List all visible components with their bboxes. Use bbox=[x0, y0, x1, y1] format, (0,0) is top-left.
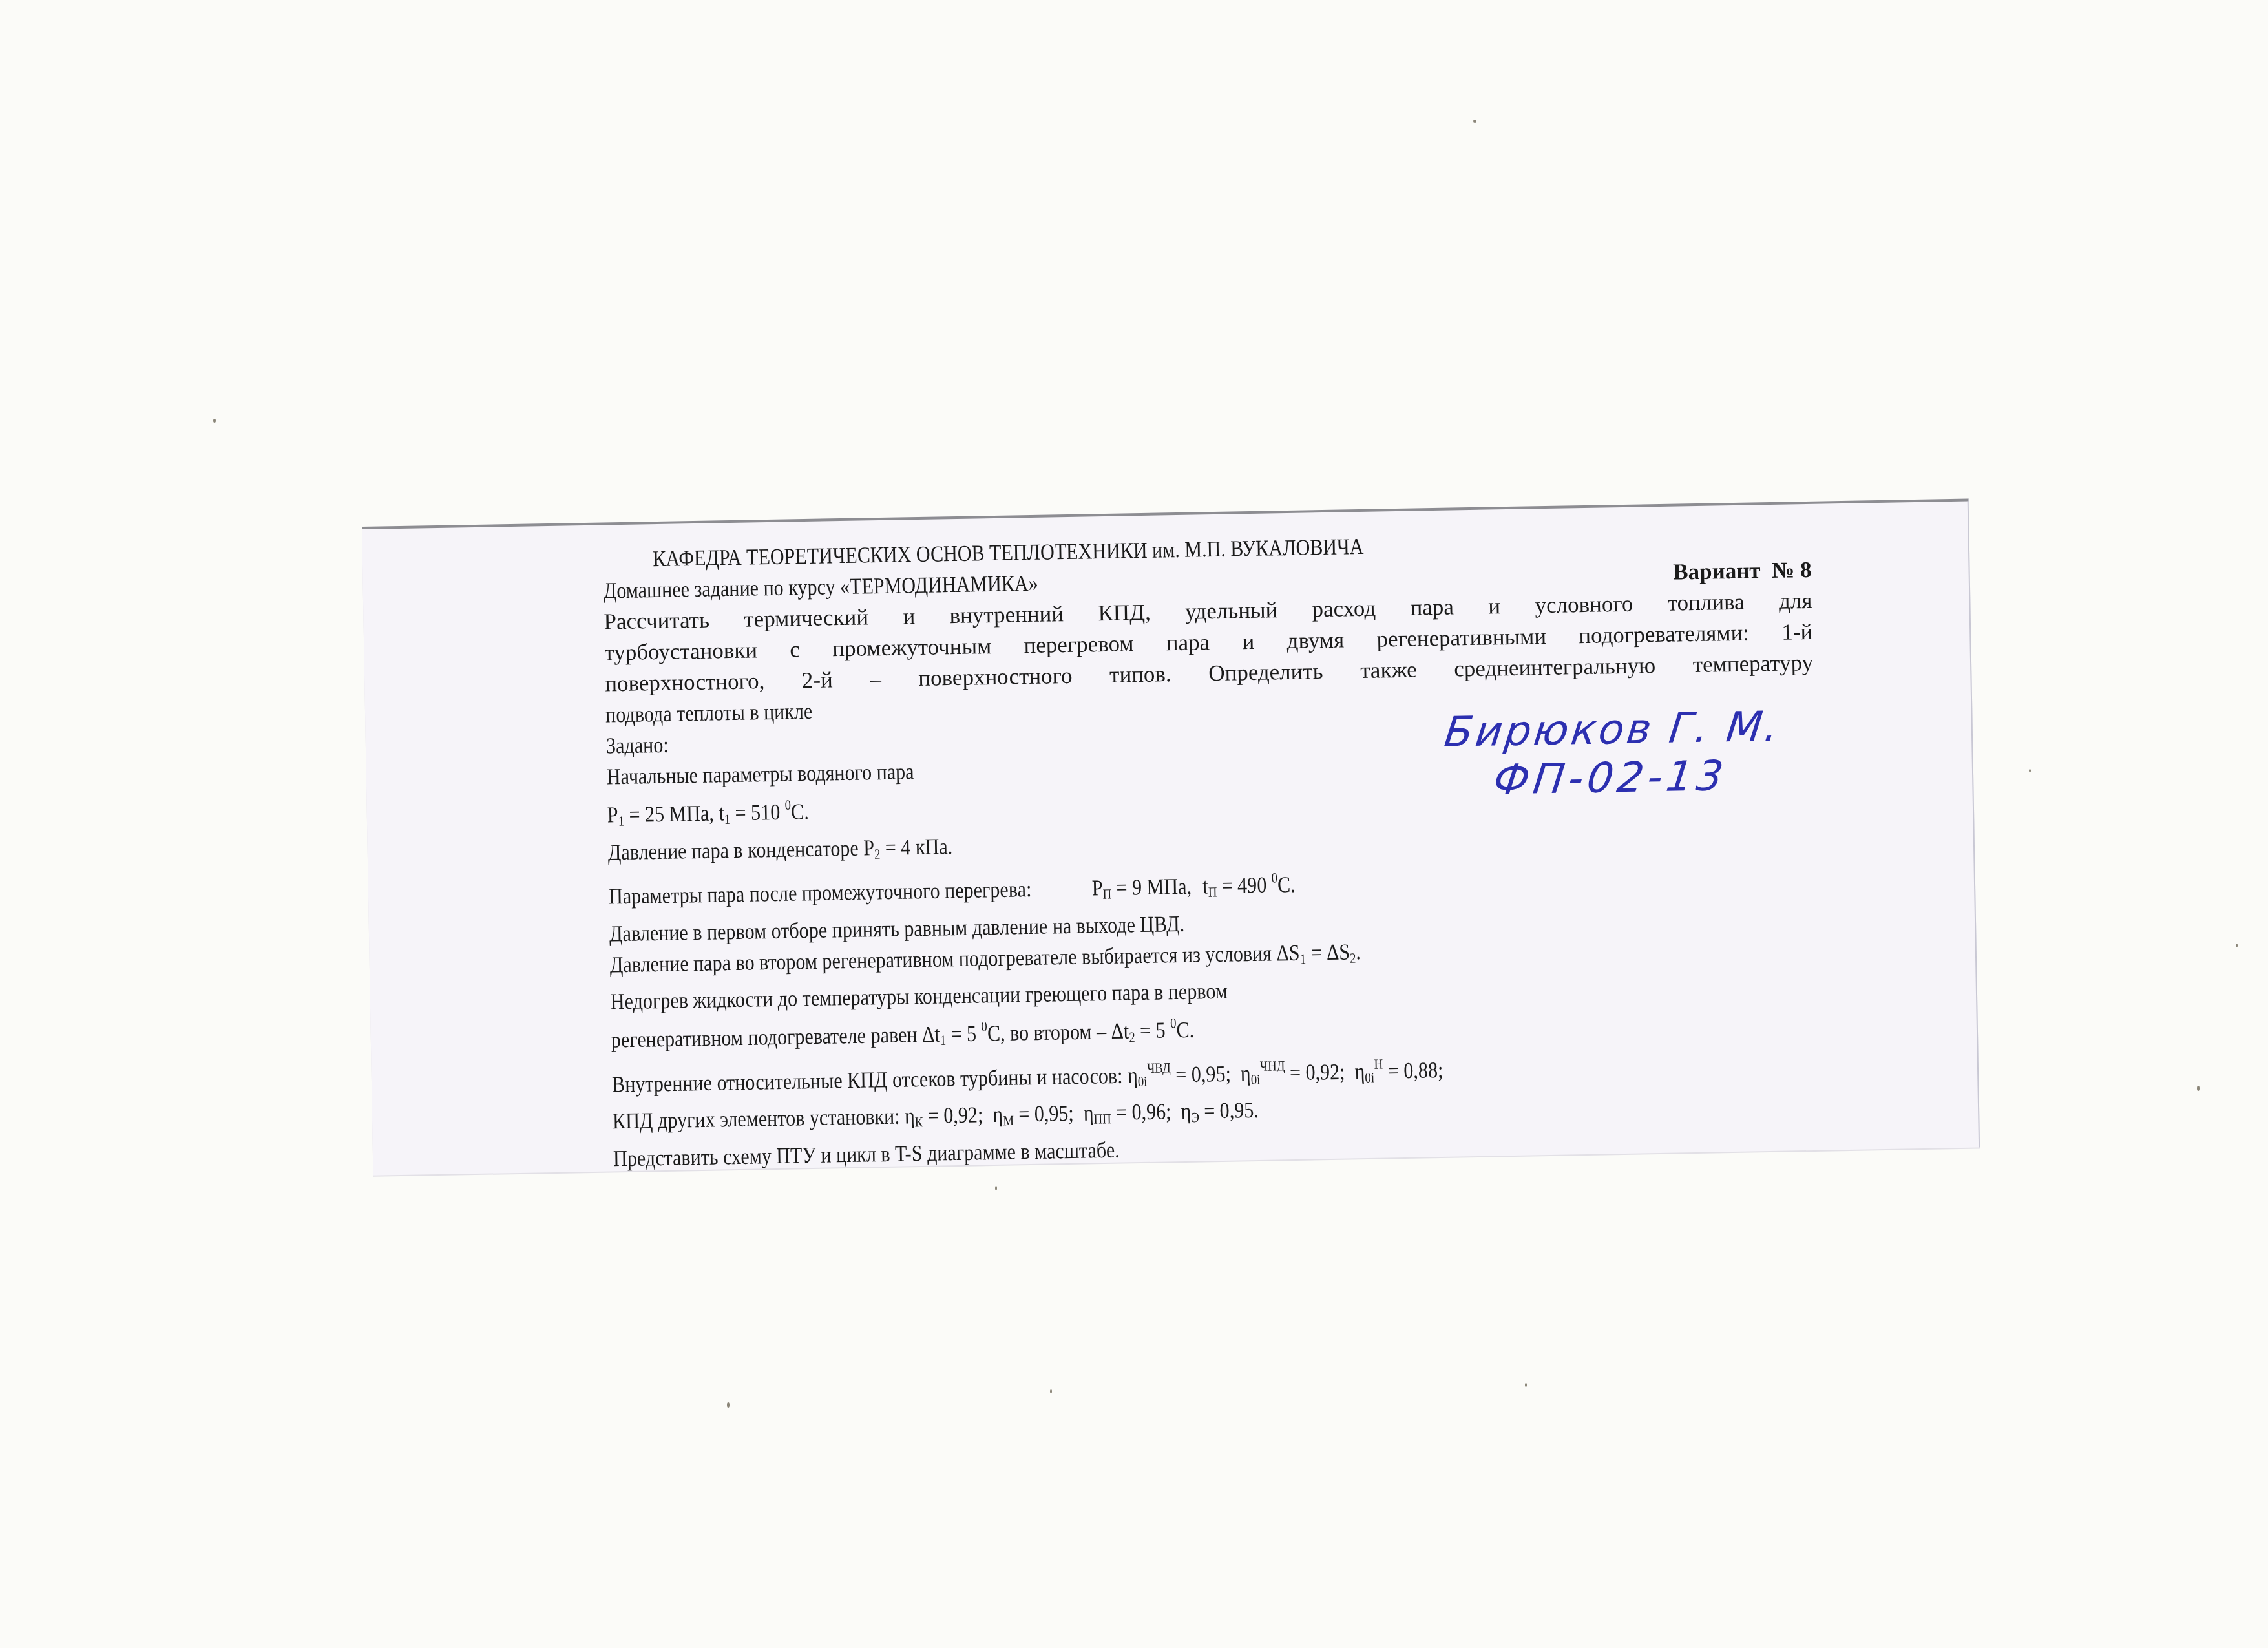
variant-number: № 8 bbox=[1772, 557, 1812, 583]
hp-sup: ЧВД bbox=[1147, 1060, 1171, 1076]
scan-speck bbox=[2029, 769, 2031, 772]
p2-value: = 4 кПа. bbox=[880, 834, 953, 860]
scan-speck bbox=[2197, 1086, 2200, 1091]
scan-speck bbox=[1525, 1383, 1527, 1387]
t1-value: = 510 bbox=[730, 799, 785, 825]
underheat-text: регенеративном подогревателе равен bbox=[611, 1022, 923, 1052]
handwritten-group: ФП-02-13 bbox=[1491, 752, 1730, 804]
scan-speck bbox=[213, 419, 216, 423]
assignment-text: КАФЕДРА ТЕОРЕТИЧЕСКИХ ОСНОВ ТЕПЛОТЕХНИКИ… bbox=[603, 523, 1822, 1174]
delta-s2: = ΔS bbox=[1306, 939, 1350, 965]
s1-sub: 1 bbox=[1300, 951, 1307, 967]
eta-sub: 0i bbox=[1251, 1072, 1261, 1087]
scan-speck bbox=[1473, 120, 1476, 123]
lp-sup: ЧНД bbox=[1260, 1058, 1285, 1074]
degree-mark: 0 bbox=[784, 797, 791, 812]
variant-word: Вариант bbox=[1673, 558, 1761, 584]
dt2-value: = 5 bbox=[1135, 1018, 1170, 1044]
other-eff-text: КПД других элементов установки: bbox=[613, 1104, 905, 1134]
dt2-unit: C. bbox=[1176, 1017, 1194, 1042]
internal-eff-text: Внутренние относительные КПД отсеков тур… bbox=[612, 1062, 1128, 1097]
scan-speck bbox=[1050, 1389, 1052, 1393]
handwritten-name: Бирюков Г. М. bbox=[1442, 703, 1783, 757]
dt1-symbol: Δt bbox=[922, 1022, 940, 1047]
p2-symbol: P bbox=[863, 835, 874, 860]
e-value: = 0,95. bbox=[1199, 1097, 1259, 1124]
condenser-text: Давление пара в конденсаторе bbox=[608, 835, 864, 865]
scan-speck bbox=[727, 1402, 730, 1408]
m-sub: М bbox=[1003, 1113, 1014, 1128]
tp-symbol: t bbox=[1202, 873, 1208, 898]
scan-speck bbox=[2236, 944, 2238, 947]
tp-sub: П bbox=[1208, 885, 1217, 900]
p1-value: = 25 МПа, bbox=[624, 801, 719, 828]
s2-sub: 2 bbox=[1350, 950, 1356, 966]
k-sub: К bbox=[915, 1115, 923, 1130]
dt2-symbol: Δt bbox=[1111, 1019, 1129, 1044]
k-value: = 0,92; bbox=[923, 1103, 983, 1129]
reheat-text: Параметры пара после промежуточного пере… bbox=[609, 876, 1032, 909]
delta-s1: ΔS bbox=[1276, 940, 1300, 966]
t1-unit: C. bbox=[791, 799, 809, 824]
pp-sub: П bbox=[1103, 886, 1112, 902]
lp-value: = 0,92; bbox=[1285, 1059, 1345, 1085]
eta-lp: η bbox=[1241, 1061, 1251, 1086]
eta-e: η bbox=[1181, 1099, 1191, 1124]
eta-sub: 0i bbox=[1138, 1073, 1148, 1089]
eta-sub: 0i bbox=[1365, 1070, 1374, 1085]
eta-pump: η bbox=[1354, 1059, 1365, 1084]
degree-mark: 0 bbox=[981, 1019, 987, 1034]
eta-pp: η bbox=[1083, 1101, 1093, 1126]
dt1-unit: C, во втором – bbox=[987, 1019, 1111, 1046]
tp-unit: C. bbox=[1277, 872, 1296, 897]
pp-eff-sub: ПП bbox=[1094, 1112, 1111, 1127]
hp-value: = 0,95; bbox=[1170, 1061, 1231, 1088]
p2-sub: 2 bbox=[874, 846, 881, 861]
eta-hp: η bbox=[1128, 1062, 1138, 1088]
eta-m: η bbox=[992, 1102, 1003, 1127]
scan-speck bbox=[995, 1186, 997, 1190]
pump-sup: Н bbox=[1374, 1056, 1383, 1072]
pp-value: = 9 МПа, bbox=[1111, 874, 1192, 900]
assignment-sheet: КАФЕДРА ТЕОРЕТИЧЕСКИХ ОСНОВ ТЕПЛОТЕХНИКИ… bbox=[362, 499, 1980, 1176]
eta-k: η bbox=[905, 1103, 915, 1128]
dt1-sub: 1 bbox=[940, 1033, 947, 1048]
dt2-sub: 2 bbox=[1129, 1030, 1135, 1045]
m-value: = 0,95; bbox=[1013, 1101, 1074, 1127]
dt1-value: = 5 bbox=[946, 1021, 982, 1047]
pp-symbol: P bbox=[1091, 875, 1102, 900]
p1-symbol: P bbox=[607, 802, 618, 827]
variant-label: Вариант № 8 bbox=[1673, 555, 1812, 588]
pp-eff-value: = 0,96; bbox=[1111, 1099, 1171, 1126]
degree-mark: 0 bbox=[1271, 870, 1277, 885]
period: . bbox=[1356, 939, 1361, 964]
pump-value: = 0,88; bbox=[1383, 1057, 1444, 1084]
tp-value: = 490 bbox=[1217, 872, 1272, 898]
e-sub: Э bbox=[1191, 1110, 1199, 1125]
